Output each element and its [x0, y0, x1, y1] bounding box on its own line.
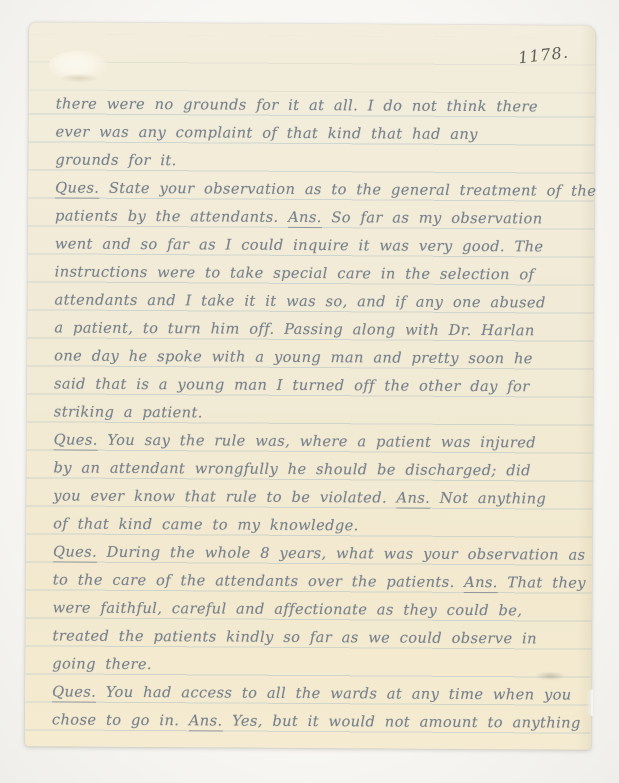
qa-label: Ans.	[397, 490, 431, 509]
line-text: That they	[498, 574, 586, 592]
line-text: So far as my observation	[322, 209, 543, 227]
manuscript-line: by an attendant wrongfully he should be …	[53, 454, 578, 485]
line-text: striking a patient.	[54, 403, 203, 421]
line-text: going there.	[52, 655, 152, 673]
line-text: were faithful, careful and affectionate …	[53, 599, 523, 619]
line-text: ever was any complaint of that kind that…	[55, 123, 477, 143]
paper-damage-spot	[49, 50, 107, 80]
manuscript-line: instructions were to take special care i…	[55, 258, 580, 289]
manuscript-line: treated the patients kindly so far as we…	[52, 622, 577, 653]
qa-label: Ques.	[53, 543, 97, 562]
manuscript-line: went and so far as I could inquire it wa…	[55, 230, 580, 261]
manuscript-line: grounds for it.	[55, 146, 580, 177]
qa-label: Ques.	[52, 683, 96, 702]
line-text: State your observation as to the general…	[99, 180, 596, 200]
manuscript-line: chose to go in. Ans. Yes, but it would n…	[52, 706, 577, 737]
line-text: grounds for it.	[55, 151, 176, 169]
manuscript-line: there were no grounds for it at all. I d…	[56, 90, 581, 121]
line-text: treated the patients kindly so far as we…	[52, 627, 537, 647]
manuscript-line: a patient, to turn him off. Passing alon…	[54, 314, 579, 345]
line-text: You say the rule was, where a patient wa…	[98, 432, 536, 452]
qa-label: Ans.	[464, 574, 498, 593]
line-text: said that is a young man I turned off th…	[54, 375, 530, 395]
manuscript-line: attendants and I take it it was so, and …	[54, 286, 579, 317]
qa-label: Ans.	[288, 209, 322, 228]
manuscript-line: to the care of the attendants over the p…	[53, 566, 578, 597]
manuscript-line: striking a patient.	[54, 398, 579, 429]
page-number: 1178.	[517, 43, 570, 68]
line-text: one day he spoke with a young man and pr…	[54, 347, 533, 367]
line-text: instructions were to take special care i…	[55, 263, 535, 283]
manuscript-line: ever was any complaint of that kind that…	[55, 118, 580, 149]
manuscript-line: patients by the attendants. Ans. So far …	[55, 202, 580, 233]
line-text: Yes, but it would not amount to anything	[223, 712, 581, 731]
manuscript-page: 1178. there were no grounds for it at al…	[25, 22, 595, 749]
line-text: patients by the attendants.	[55, 207, 288, 225]
manuscript-line: one day he spoke with a young man and pr…	[54, 342, 579, 373]
line-text: Not anything	[430, 490, 546, 508]
qa-label: Ques.	[55, 179, 99, 198]
line-text: went and so far as I could inquire it wa…	[55, 235, 544, 255]
torn-edge	[586, 690, 593, 716]
manuscript-line: Ques. You say the rule was, where a pati…	[54, 426, 579, 457]
manuscript-line: of that kind came to my knowledge.	[53, 510, 578, 541]
line-text: you ever know that rule to be violated.	[53, 487, 396, 506]
line-text: there were no grounds for it at all. I d…	[56, 95, 538, 115]
ink-smudge	[535, 671, 565, 680]
manuscript-line: said that is a young man I turned off th…	[54, 370, 579, 401]
manuscript-line: Ques. You had access to all the wards at…	[52, 678, 577, 709]
manuscript-line: going there.	[52, 650, 577, 681]
manuscript-line: Ques. During the whole 8 years, what was…	[53, 538, 578, 569]
manuscript-line: you ever know that rule to be violated. …	[53, 482, 578, 513]
manuscript: there were no grounds for it at all. I d…	[25, 90, 595, 749]
line-text: to the care of the attendants over the p…	[53, 571, 464, 591]
line-text: You had access to all the wards at any t…	[96, 684, 571, 704]
line-text: chose to go in.	[52, 711, 189, 729]
qa-label: Ques.	[54, 431, 98, 450]
line-text: by an attendant wrongfully he should be …	[53, 459, 530, 479]
line-text: a patient, to turn him off. Passing alon…	[54, 319, 534, 339]
line-text: attendants and I take it it was so, and …	[54, 291, 545, 311]
line-text: of that kind came to my knowledge.	[53, 515, 359, 534]
manuscript-line: Ques. State your observation as to the g…	[55, 174, 580, 205]
qa-label: Ans.	[189, 712, 223, 731]
line-text: During the whole 8 years, what was your …	[97, 544, 585, 564]
manuscript-line: were faithful, careful and affectionate …	[53, 594, 578, 625]
